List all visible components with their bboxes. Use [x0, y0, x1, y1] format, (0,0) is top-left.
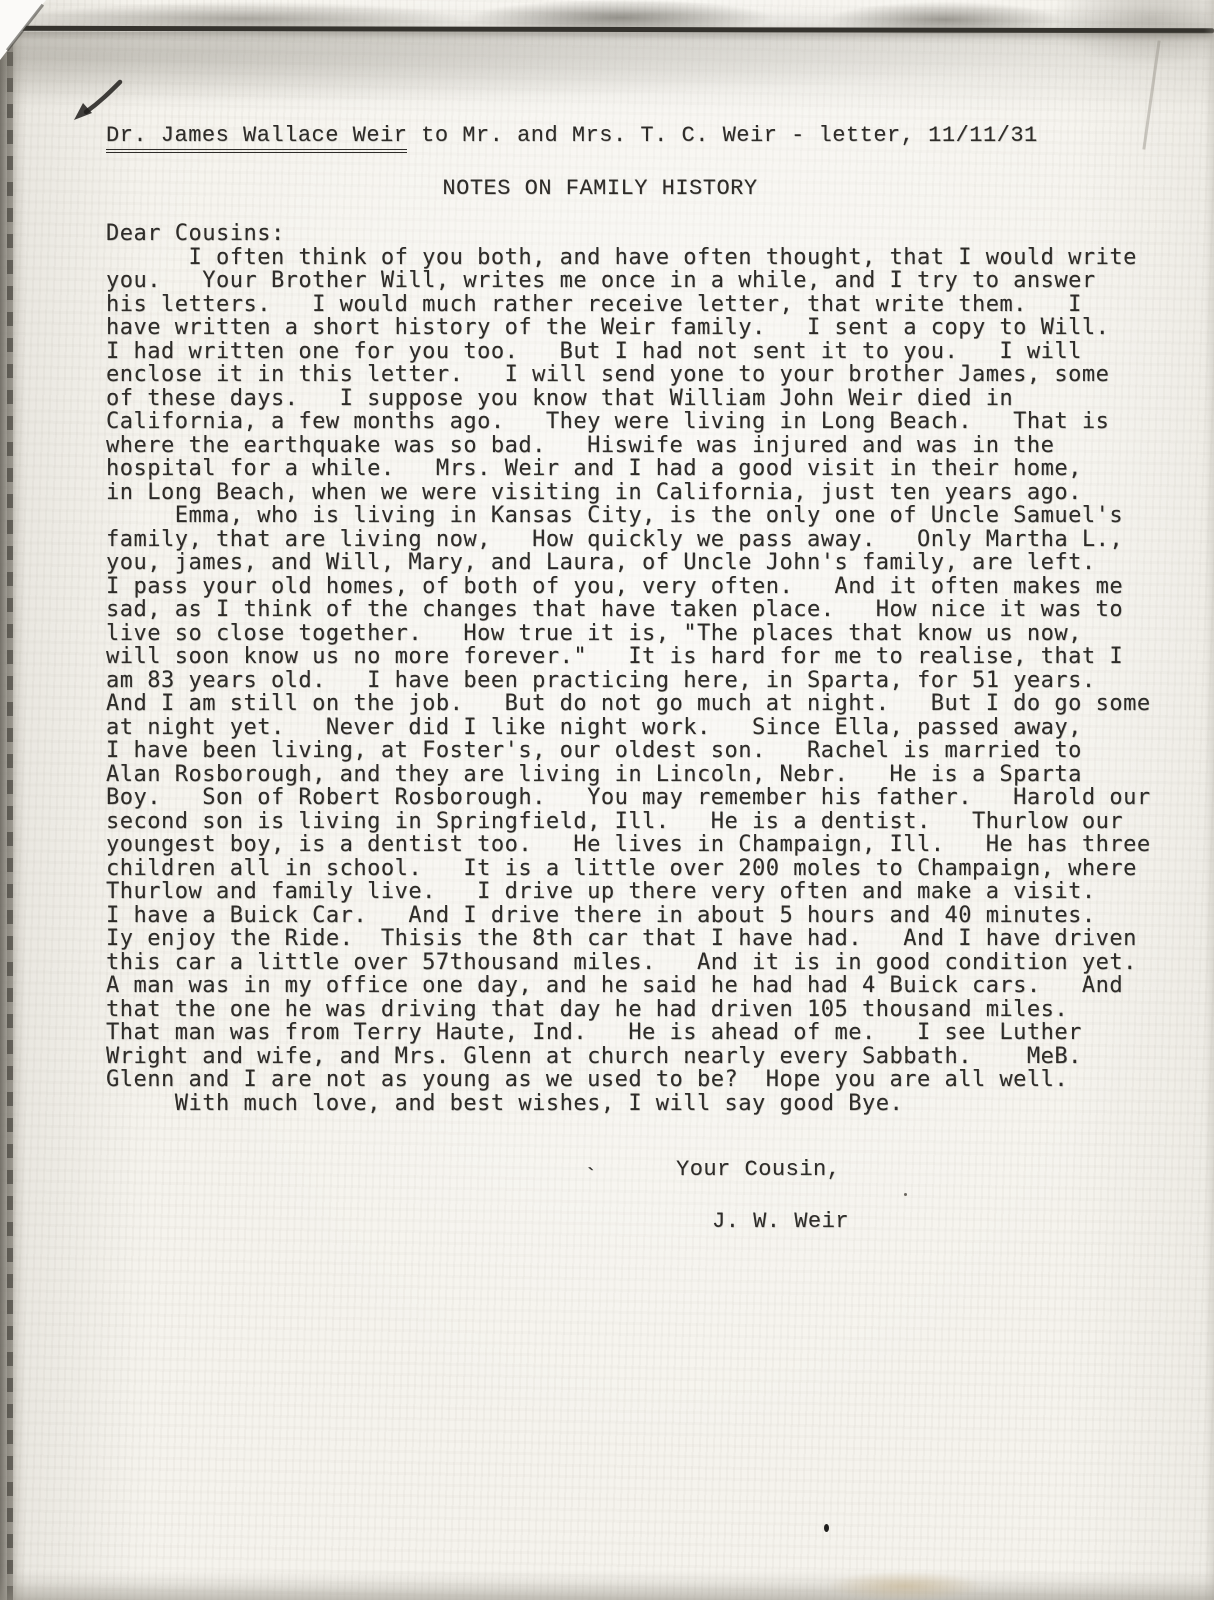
- stray-pen-mark: `: [584, 1166, 598, 1190]
- ink-speck: [904, 1193, 907, 1196]
- letter-closing: Your Cousin,: [676, 1158, 840, 1182]
- scan-edge-left: [0, 0, 26, 1600]
- letter-title: Dr. James Wallace Weir to Mr. and Mrs. T…: [106, 124, 1038, 148]
- title-underlined-name: Dr. James Wallace Weir: [106, 123, 407, 153]
- paper-crease: [1142, 40, 1160, 149]
- scan-edge-bottom: [0, 1570, 1214, 1600]
- title-rest: to Mr. and Mrs. T. C. Weir - letter, 11/…: [407, 123, 1037, 148]
- scanned-letter-page: Dr. James Wallace Weir to Mr. and Mrs. T…: [0, 0, 1214, 1600]
- scan-shading: [0, 32, 1214, 112]
- letter-signature: J. W. Weir: [712, 1210, 849, 1234]
- letter-body-text: Dear Cousins: I often think of you both,…: [106, 222, 1151, 1115]
- scan-edge-right: [1204, 0, 1214, 1600]
- letter-heading: NOTES ON FAMILY HISTORY: [0, 177, 1200, 201]
- ink-dot-mark: [824, 1524, 829, 1532]
- pen-arrow-icon: [70, 78, 124, 124]
- scan-top-edge-line: [8, 26, 1214, 34]
